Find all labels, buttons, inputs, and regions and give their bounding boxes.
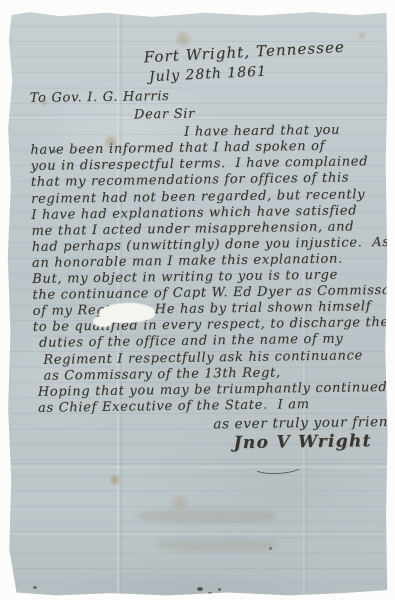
stain <box>108 474 122 486</box>
ink-speck <box>269 547 272 550</box>
letter-paper: Fort Wright, Tennessee July 28th 1861 To… <box>7 11 388 596</box>
signature: Jno V Wright <box>233 430 390 454</box>
ink-bleedthrough <box>157 539 277 551</box>
ink-speck <box>197 587 203 591</box>
salutation: Dear Sir <box>134 104 386 124</box>
ink-speck <box>208 592 212 595</box>
ink-speck <box>218 588 221 591</box>
scan-background: Fort Wright, Tennessee July 28th 1861 To… <box>0 0 395 600</box>
paper-damage-patch <box>93 316 113 327</box>
ink-bleedthrough <box>137 509 277 523</box>
letter-content: Fort Wright, Tennessee July 28th 1861 To… <box>23 44 391 457</box>
ink-speck <box>33 586 37 589</box>
